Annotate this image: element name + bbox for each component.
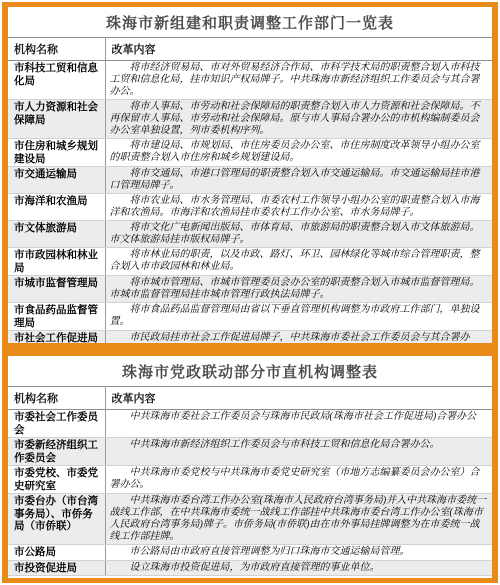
table-row: 市科技工贸和信息化局将市经济贸易局、市对外贸易经济合作局、市科学技术局的职责整合… [8,61,492,100]
reform-content-cell: 将市林业局的职责，以及市政、路灯、环卫、园林绿化等城市综合管理职责，整合划入市市… [105,248,492,276]
org-name-cell: 市市政园林和林业局 [8,248,105,276]
org-name-cell: 市委社会工作委员会 [8,410,105,438]
org-name-cell: 市海洋和农渔局 [8,194,105,221]
party-gov-table: 机构名称 改革内容 市委社会工作委员会中共珠海市委社会工作委员会与珠海市民政局(… [8,386,492,576]
reform-content-cell: 中共珠海市新经济组织工作委员会与市科技工贸和信息化局合署办公。 [105,438,492,466]
header-reform-content: 改革内容 [105,387,492,410]
reform-content-cell: 将市城市管理局、市城市管理委员会办公室的职责整合划入市城市监督管理局。市城市监督… [105,276,492,303]
org-name-cell: 市社会工作促进局 [8,331,105,344]
org-name-cell: 市投资促进局 [8,560,105,576]
reform-content-cell: 将市食品药品监督管理局由省以下垂直管理机构调整为市政府工作部门，单独设置。 [105,303,492,331]
org-name-cell: 市委新经济组织工作委员会 [8,438,105,466]
page-frame: 珠海市新组建和职责调整工作部门一览表 机构名称 改革内容 市科技工贸和信息化局将… [0,0,500,585]
table-row: 市社会工作促进局市民政局挂市社会工作促进局牌子，中共珠海市委社会工作委员会与其合… [8,331,492,344]
org-name-cell: 市城市监督管理局 [8,276,105,303]
reform-content-cell: 设立珠海市投资促进局，为市政府直接管理的事业单位。 [105,560,492,576]
reform-content-cell: 市公路局由市政府直接管理调整为归口珠海市交通运输局管理。 [105,545,492,561]
org-name-cell: 市科技工贸和信息化局 [8,61,105,100]
reform-content-cell: 中共珠海市委党校与中共珠海市委党史研究室（市地方志编纂委员会办公室）合署办公。 [105,466,492,494]
table-row: 市委党校、市委党史研究室中共珠海市委党校与中共珠海市委党史研究室（市地方志编纂委… [8,466,492,494]
header-org-name: 机构名称 [8,387,105,410]
reform-content-cell: 将市农业局、市水务管理局、市委农村工作领导小组办公室的职责整合划入市海洋和农渔局… [105,194,492,221]
reform-content-cell: 中共珠海市委社会工作委员会与珠海市民政局(珠海市社会工作促进局)合署办公 [105,410,492,438]
org-name-cell: 市住房和城乡规划建设局 [8,139,105,167]
reform-content-cell: 中共珠海市委台湾工作办公室(珠海市人民政府台湾事务局)并入中共珠海市委统一战线工… [105,494,492,545]
reform-content-cell: 将市文化广电新闻出版局、市体育局、市旅游局的职责整合划入市文体旅游局。市文体旅游… [105,221,492,248]
table-panel-restructured-departments: 珠海市新组建和职责调整工作部门一览表 机构名称 改革内容 市科技工贸和信息化局将… [8,7,492,343]
table-row: 市文体旅游局将市文化广电新闻出版局、市体育局、市旅游局的职责整合划入市文体旅游局… [8,221,492,248]
table-header-row: 机构名称 改革内容 [8,38,492,61]
table-row: 市委台办（市台湾事务局）、市侨务局（市侨联）中共珠海市委台湾工作办公室(珠海市人… [8,494,492,545]
reform-content-cell: 将市人事局、市劳动和社会保障局的职责整合划入市人力资源和社会保障局。不再保留市人… [105,100,492,139]
org-name-cell: 市文体旅游局 [8,221,105,248]
table-row: 市人力资源和社会保障局将市人事局、市劳动和社会保障局的职责整合划入市人力资源和社… [8,100,492,139]
org-name-cell: 市食品药品监督管理局 [8,303,105,331]
table-panel-party-gov-adjustment: 珠海市党政联动部分市直机构调整表 机构名称 改革内容 市委社会工作委员会中共珠海… [8,356,492,578]
table-row: 市委新经济组织工作委员会中共珠海市新经济组织工作委员会与市科技工贸和信息化局合署… [8,438,492,466]
table-row: 市住房和城乡规划建设局将市建设局、市规划局、市住房委员会办公室、市住房制度改革领… [8,139,492,167]
departments-table: 机构名称 改革内容 市科技工贸和信息化局将市经济贸易局、市对外贸易经济合作局、市… [8,37,492,343]
table-title: 珠海市党政联动部分市直机构调整表 [8,356,492,386]
table-row: 市市政园林和林业局将市林业局的职责，以及市政、路灯、环卫、园林绿化等城市综合管理… [8,248,492,276]
table-row: 市委社会工作委员会中共珠海市委社会工作委员会与珠海市民政局(珠海市社会工作促进局… [8,410,492,438]
table-row: 市公路局市公路局由市政府直接管理调整为归口珠海市交通运输局管理。 [8,545,492,561]
table-row: 市投资促进局设立珠海市投资促进局，为市政府直接管理的事业单位。 [8,560,492,576]
table-row: 市城市监督管理局将市城市管理局、市城市管理委员会办公室的职责整合划入市城市监督管… [8,276,492,303]
reform-content-cell: 将市交通局、市港口管理局的职责整合划入市交通运输局。市交通运输局挂市港口管理局牌… [105,167,492,194]
reform-content-cell: 将市经济贸易局、市对外贸易经济合作局、市科学技术局的职责整合划入市科技工贸和信息… [105,61,492,100]
org-name-cell: 市委台办（市台湾事务局）、市侨务局（市侨联） [8,494,105,545]
table-row: 市海洋和农渔局将市农业局、市水务管理局、市委农村工作领导小组办公室的职责整合划入… [8,194,492,221]
table-row: 市食品药品监督管理局将市食品药品监督管理局由省以下垂直管理机构调整为市政府工作部… [8,303,492,331]
table-title: 珠海市新组建和职责调整工作部门一览表 [8,7,492,37]
table-header-row: 机构名称 改革内容 [8,387,492,410]
reform-content-cell: 市民政局挂市社会工作促进局牌子，中共珠海市委社会工作委员会与其合署办公。 [105,331,492,344]
header-reform-content: 改革内容 [105,38,492,61]
org-name-cell: 市公路局 [8,545,105,561]
org-name-cell: 市交通运输局 [8,167,105,194]
org-name-cell: 市人力资源和社会保障局 [8,100,105,139]
org-name-cell: 市委党校、市委党史研究室 [8,466,105,494]
table-row: 市交通运输局将市交通局、市港口管理局的职责整合划入市交通运输局。市交通运输局挂市… [8,167,492,194]
header-org-name: 机构名称 [8,38,105,61]
reform-content-cell: 将市建设局、市规划局、市住房委员会办公室、市住房制度改革领导小组办公室的职责整合… [105,139,492,167]
